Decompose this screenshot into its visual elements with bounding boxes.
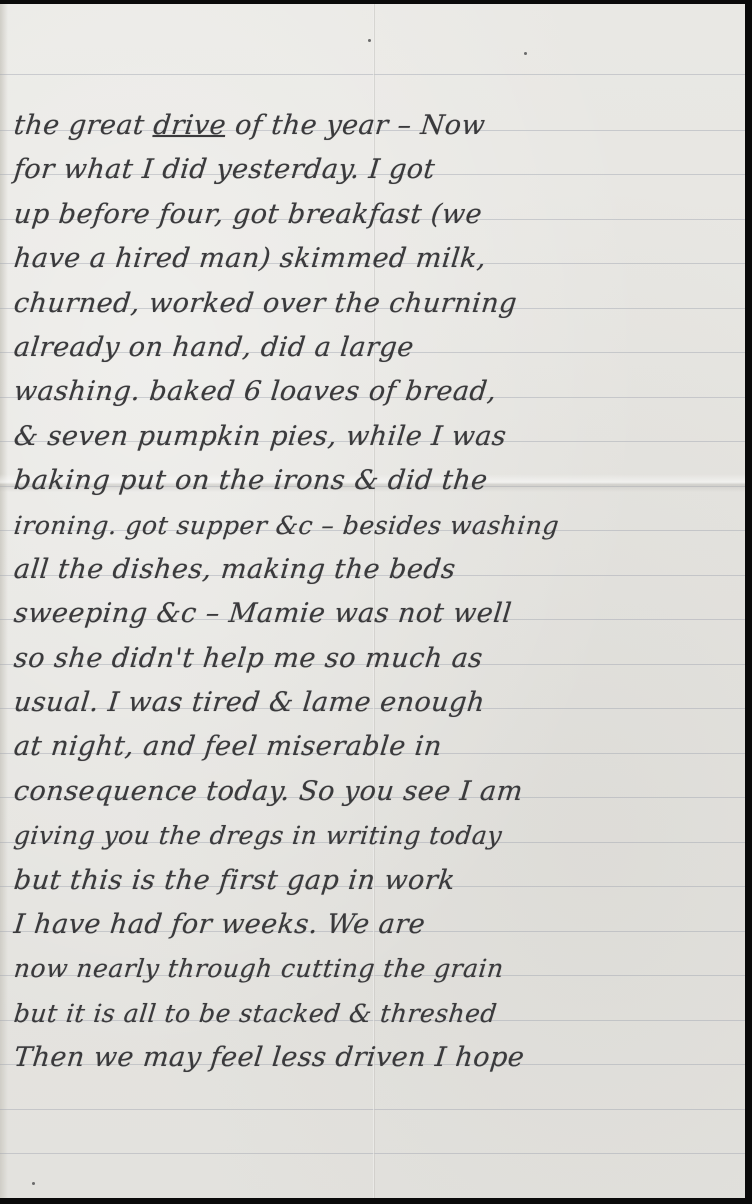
letter-line-15: at night, and feel miserable in — [12, 725, 745, 769]
letter-line-9: baking put on the irons & did the — [12, 459, 745, 503]
ink-speck — [368, 39, 371, 42]
ink-speck — [32, 1182, 35, 1185]
line-1-before: the great — [12, 110, 155, 141]
letter-line-1: the great drive of the year – Now — [12, 104, 745, 148]
letter-line-11: all the dishes, making the beds — [12, 548, 745, 592]
handwritten-letter-body: the great drive of the year – Now for wh… — [14, 104, 744, 1081]
letter-line-3: up before four, got breakfast (we — [12, 193, 745, 237]
ink-speck — [524, 52, 527, 55]
letter-line-16: consequence today. So you see I am — [12, 770, 745, 814]
letter-page-scan: the great drive of the year – Now for wh… — [0, 4, 745, 1198]
letter-line-19: I have had for weeks. We are — [12, 903, 745, 947]
letter-line-21: but it is all to be stacked & threshed — [12, 992, 745, 1036]
letter-line-6: already on hand, did a large — [12, 326, 745, 370]
letter-line-8: & seven pumpkin pies, while I was — [12, 415, 745, 459]
letter-line-22: Then we may feel less driven I hope — [12, 1036, 745, 1080]
line-1-after: of the year – Now — [225, 110, 487, 141]
letter-line-17: giving you the dregs in writing today — [12, 814, 745, 858]
underlined-word-drive: drive — [152, 110, 228, 141]
letter-line-4: have a hired man) skimmed milk, — [12, 237, 745, 281]
letter-line-5: churned, worked over the churning — [12, 282, 745, 326]
letter-line-13: so she didn't help me so much as — [12, 637, 745, 681]
letter-line-18: but this is the first gap in work — [12, 859, 745, 903]
letter-line-7: washing. baked 6 loaves of bread, — [12, 370, 745, 414]
letter-line-10: ironing. got supper &c – besides washing — [12, 504, 745, 548]
letter-line-12: sweeping &c – Mamie was not well — [12, 592, 745, 636]
letter-line-20: now nearly through cutting the grain — [12, 947, 745, 991]
letter-line-2: for what I did yesterday. I got — [12, 148, 745, 192]
letter-line-14: usual. I was tired & lame enough — [12, 681, 745, 725]
